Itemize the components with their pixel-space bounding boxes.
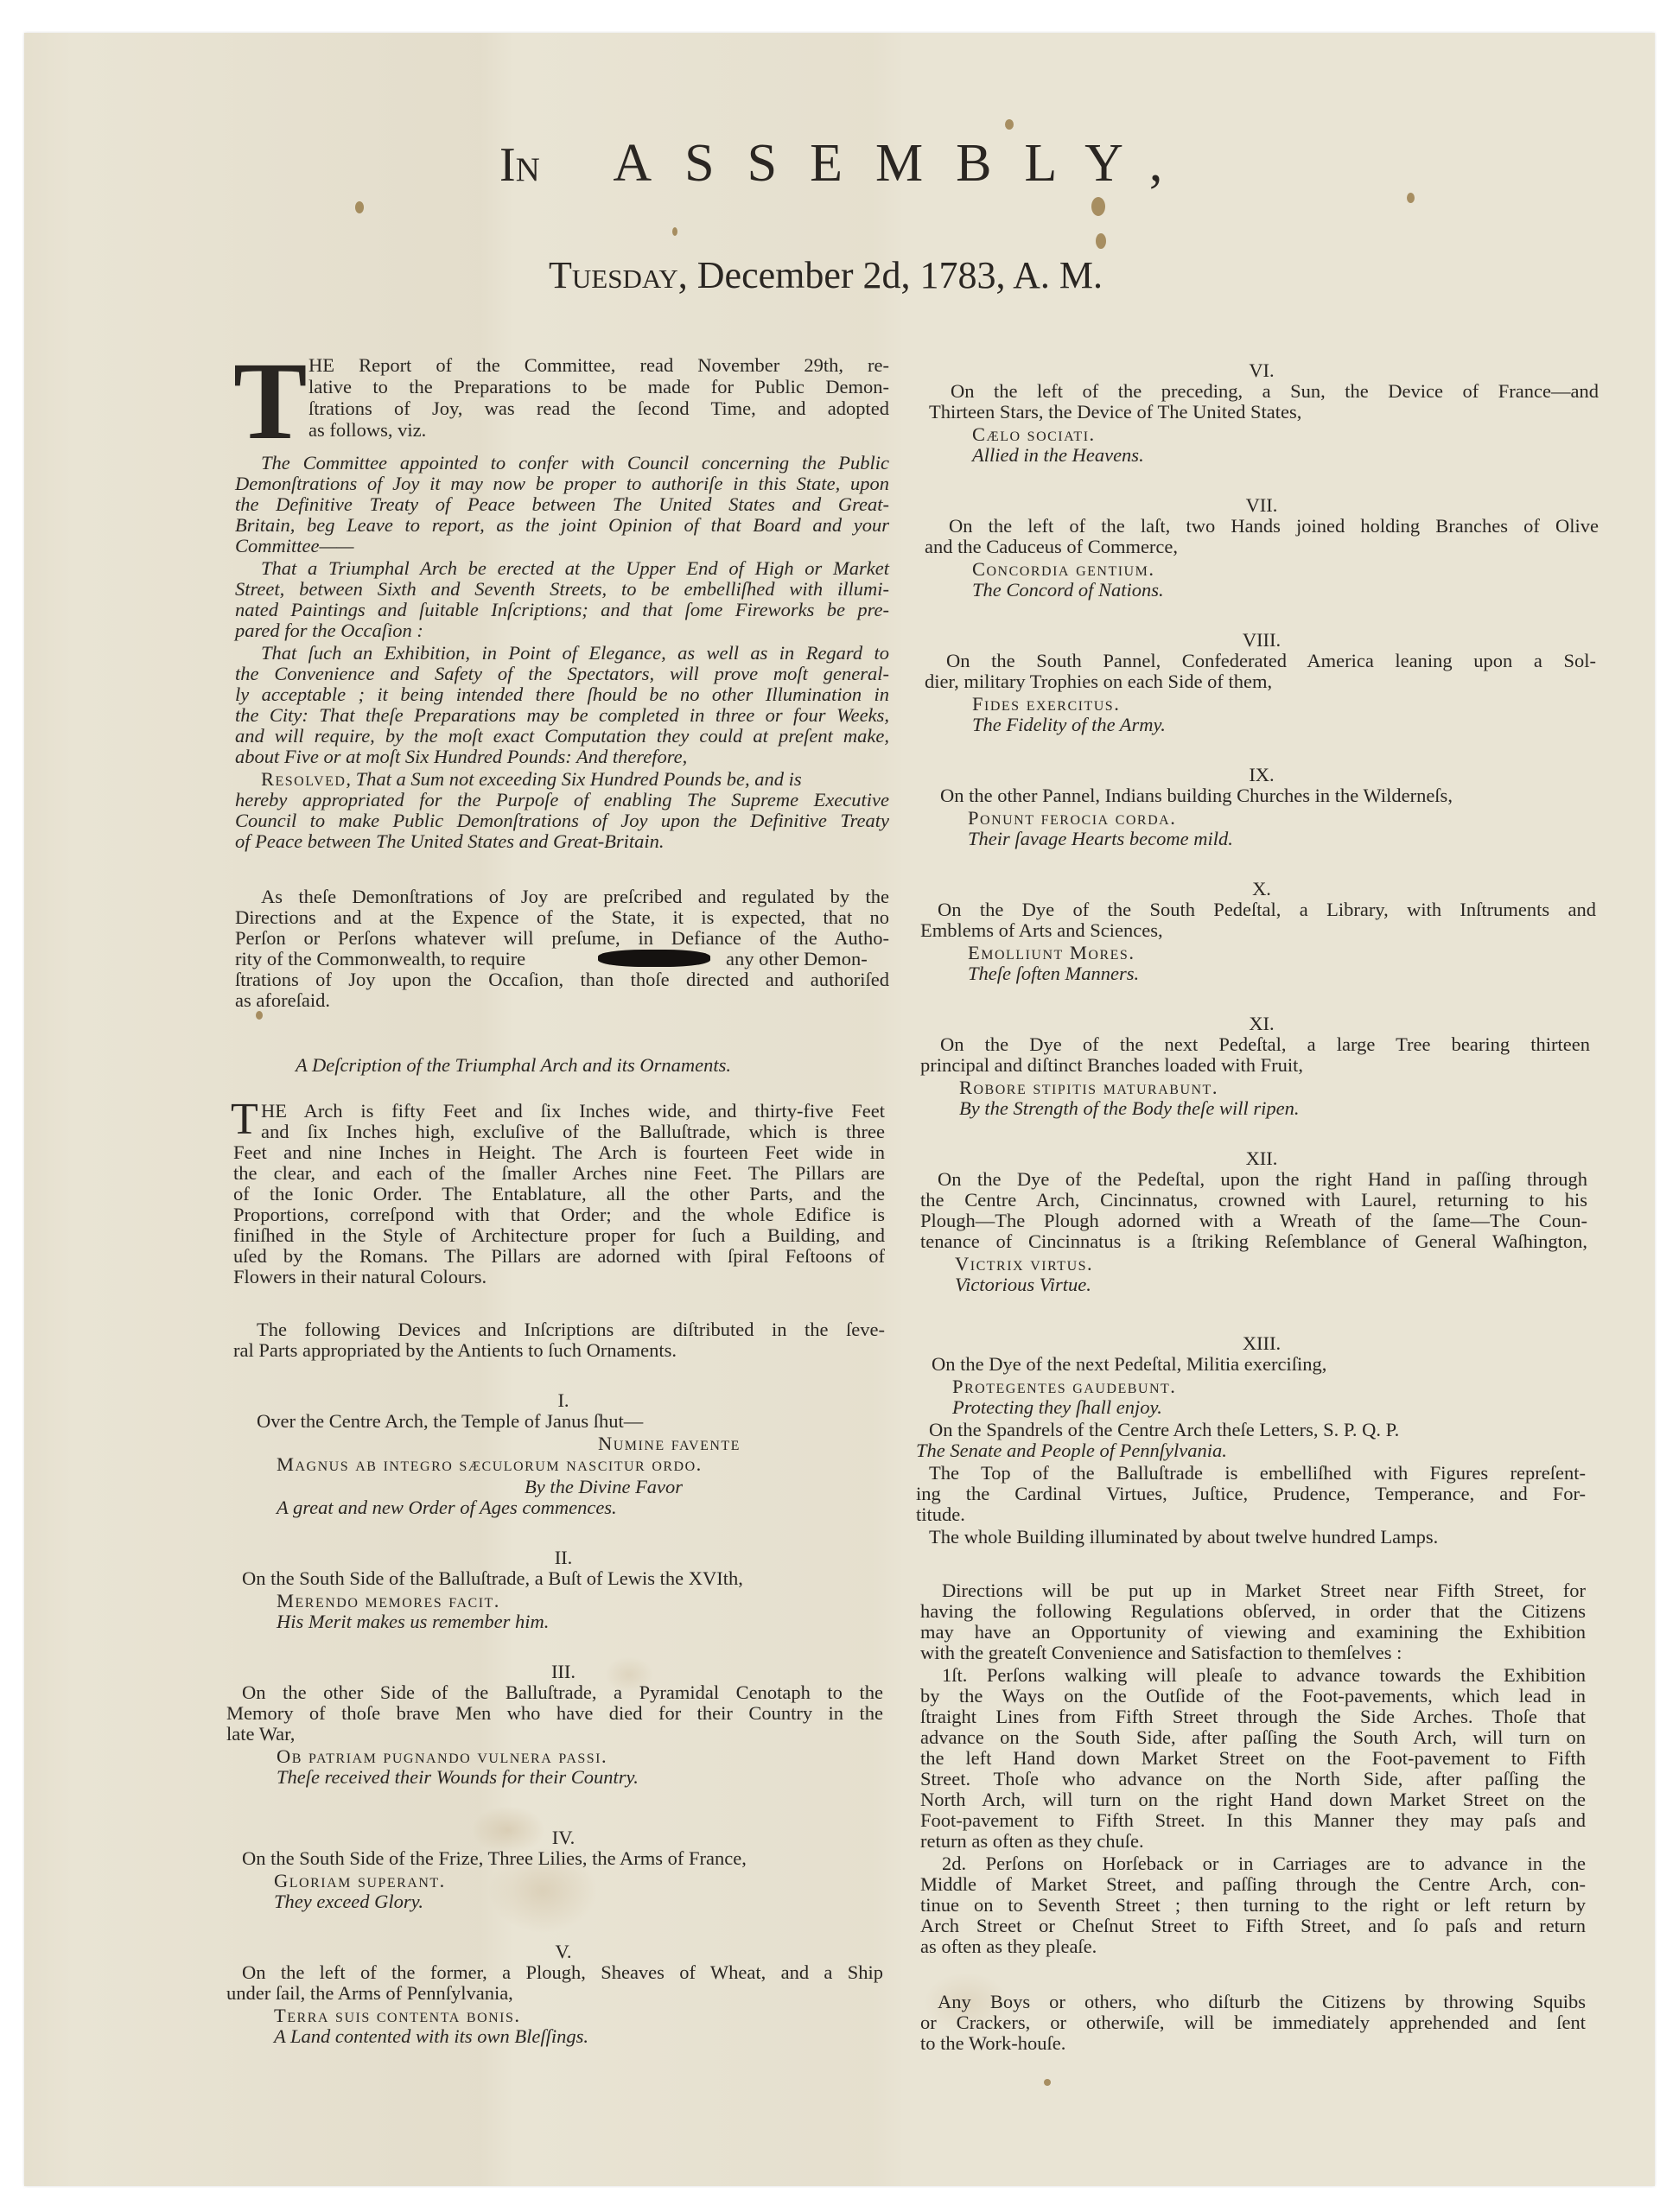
section-latin: Concordia gentium. (972, 560, 1154, 580)
section-desc: On the Dye of the Pedeſtal, upon the rig… (938, 1170, 1587, 1190)
intro-line: as follows, viz. (308, 421, 426, 441)
committee-line: ly acceptable ; it being intended there … (235, 685, 889, 705)
title-main: ASSEMBLY, (613, 134, 1195, 193)
committee-line: about Five or at moſt Six Hundred Pounds… (235, 747, 687, 767)
joy-line: Directions and at the Expence of the Sta… (235, 908, 889, 928)
joy-line: rity of the Commonwealth, to require (235, 950, 525, 969)
boys-line: to the Work-houſe. (920, 2034, 1065, 2054)
committee-line: That ſuch an Exhibition, in Point of Ele… (261, 644, 889, 664)
ballustrade-line: The Top of the Balluſtrade is embelliſhe… (929, 1464, 1586, 1484)
committee-line: the City: That theſe Preparations may be… (235, 706, 889, 726)
boys-line: or Crackers, or otherwiſe, will be immed… (920, 2013, 1586, 2033)
description-heading: A Deſcription of the Triumphal Arch and … (296, 1056, 731, 1076)
committee-line: nated Paintings and ſuitable Inſcription… (235, 601, 889, 620)
directions-line: may have an Opportunity of viewing and e… (920, 1623, 1586, 1643)
section-english: The Concord of Nations. (972, 581, 1164, 601)
first-rule-line: North Arch, will turn on the right Hand … (920, 1790, 1586, 1810)
section-desc: On the Dye of the next Pedeſtal, Militia… (932, 1355, 1326, 1375)
ink-blot (598, 950, 710, 967)
left-column: T HE Report of the Committee, read Novem… (226, 346, 900, 2074)
first-rule-line: the left Hand down Market Street on the … (920, 1749, 1586, 1769)
resolved-text: , That a Sum not exceeding Six Hundred P… (346, 768, 801, 790)
committee-line: Committee—— (235, 537, 354, 556)
arch-line: uſed by the Romans. The Pillars are ador… (233, 1247, 885, 1267)
section-english: By the Strength of the Body theſe will r… (959, 1099, 1299, 1119)
section-desc: On the South Side of the Frize, Three Li… (242, 1849, 747, 1869)
committee-line: and will require, by the moſt exact Comp… (235, 727, 889, 747)
section-english: A great and new Order of Ages commences. (277, 1498, 617, 1518)
first-rule-line: Street. Thoſe who advance on the North S… (920, 1770, 1586, 1789)
resolved-line: Council to make Public Demonſtrations of… (235, 811, 889, 831)
directions-line: Directions will be put up in Market Stre… (942, 1581, 1586, 1601)
arch-line: the clear, and each of the ſmaller Arche… (233, 1164, 885, 1184)
arch-line: finiſhed in the Style of Architecture pr… (233, 1226, 885, 1246)
section-latin: Numine favente (598, 1434, 741, 1454)
section-latin: Cælo sociati. (972, 425, 1096, 445)
section-numeral: II. (226, 1548, 900, 1568)
resolved-line: of Peace between The United States and G… (235, 832, 665, 852)
first-rule-line: 1ſt. Perſons walking will pleaſe to adva… (942, 1666, 1586, 1686)
section-desc: the Centre Arch, Cincinnatus, crowned wi… (920, 1191, 1587, 1211)
first-rule-line: by the Ways on the Outſide of the Foot-p… (920, 1687, 1586, 1707)
second-rule-line: as often as they pleaſe. (920, 1937, 1097, 1957)
section-numeral: VIII. (916, 631, 1607, 651)
section-english: His Merit makes us remember him. (277, 1612, 549, 1632)
section-desc: On the Dye of the South Pedeſtal, a Libr… (938, 900, 1596, 920)
foxing-spot (1044, 2079, 1051, 2086)
arch-line: and ſix Inches high, excluſive of the Ba… (261, 1122, 885, 1142)
spandrels-line: On the Spandrels of the Centre Arch theſ… (929, 1421, 1399, 1440)
committee-line: Britain, beg Leave to report, as the joi… (235, 516, 889, 536)
section-desc: and the Caduceus of Commerce, (925, 537, 1178, 557)
section-desc: tenance of Cincinnatus is a ſtriking Reſ… (920, 1232, 1587, 1252)
title-prefix: In (499, 138, 540, 192)
joy-line: as aforeſaid. (235, 991, 330, 1011)
section-latin: Magnus ab integro sæculorum nascitur ord… (277, 1455, 703, 1475)
section-desc: Emblems of Arts and Sciences, (920, 921, 1163, 941)
committee-line: the Definitive Treaty of Peace between T… (235, 495, 889, 515)
directions-line: having the following Regulations obſerve… (920, 1602, 1586, 1622)
second-rule-line: tinue on to Seventh Street ; then turnin… (920, 1896, 1586, 1916)
section-desc: Over the Centre Arch, the Temple of Janu… (257, 1412, 643, 1432)
ballustrade-line: ing the Cardinal Virtues, Juſtice, Prude… (916, 1484, 1586, 1504)
section-numeral: VII. (916, 496, 1607, 516)
date-day: Tuesday (549, 254, 678, 296)
section-latin: Terra suis contenta bonis. (274, 2006, 521, 2026)
arch-line: Proportions, correſpond with that Order;… (233, 1205, 885, 1225)
section-desc: On the left of the former, a Plough, She… (242, 1963, 883, 1983)
drop-cap: T (231, 1097, 258, 1142)
right-column: VI. On the left of the preceding, a Sun,… (916, 346, 1607, 2074)
foxing-spot (1407, 193, 1415, 203)
foxing-spot (1096, 233, 1106, 249)
section-numeral: IV. (226, 1828, 900, 1848)
committee-line: The Committee appointed to confer with C… (261, 454, 889, 474)
committee-line: Demonſtrations of Joy it may now be prop… (235, 474, 889, 494)
section-latin: Gloriam superant. (274, 1872, 446, 1891)
foxing-spot (355, 201, 364, 213)
section-english: They exceed Glory. (274, 1892, 423, 1912)
joy-line: ſtrations of Joy upon the Occaſion, than… (235, 970, 889, 990)
section-latin: Protegentes gaudebunt. (952, 1377, 1176, 1397)
committee-line: pared for the Occaſion : (235, 621, 423, 641)
first-rule-line: ſtraight Lines from Fifth Street through… (920, 1707, 1586, 1727)
intro-line: lative to the Preparations to be made fo… (308, 378, 889, 397)
section-numeral: I. (226, 1391, 900, 1411)
section-latin: Merendo memores facit. (277, 1592, 500, 1611)
directions-line: with the greateſt Convenience and Satisf… (920, 1643, 1402, 1663)
committee-line: Street, between Sixth and Seventh Street… (235, 580, 889, 600)
second-rule-line: Arch Street or Cheſnut Street to Fifth S… (920, 1916, 1586, 1936)
section-desc: Thirteen Stars, the Device of The United… (929, 403, 1301, 423)
section-numeral: XIII. (916, 1334, 1607, 1354)
section-numeral: III. (226, 1662, 900, 1682)
section-desc: On the left of the laſt, two Hands joine… (949, 517, 1599, 537)
section-latin: Ob patriam pugnando vulnera passi. (277, 1747, 607, 1767)
drop-cap: T (233, 346, 307, 456)
committee-line: the Convenience and Safety of the Specta… (235, 664, 889, 684)
foxing-spot (1091, 197, 1105, 216)
section-english: A Land contented with its own Bleſſings. (274, 2027, 588, 2047)
section-desc: late War, (226, 1725, 295, 1745)
first-rule-line: return as often as they chuſe. (920, 1832, 1144, 1852)
spandrels-line: The Senate and People of Pennſylvania. (916, 1441, 1227, 1461)
section-english: The Fidelity of the Army. (972, 715, 1166, 735)
boys-line: Any Boys or others, who diſturb the Citi… (938, 1993, 1586, 2012)
section-latin: Victrix virtus. (955, 1255, 1093, 1274)
section-english: Victorious Virtue. (955, 1275, 1091, 1295)
resolved-label: Resolved (261, 768, 346, 790)
section-numeral: XII. (916, 1149, 1607, 1169)
first-rule-line: advance on the South Side, after paſſing… (920, 1728, 1586, 1748)
devices-line: ral Parts appropriated by the Antients t… (233, 1341, 677, 1361)
section-numeral: IX. (916, 766, 1607, 785)
arch-line: of the Ionic Order. The Entablature, all… (233, 1185, 885, 1205)
arch-line: Feet and nine Inches in Height. The Arch… (233, 1143, 885, 1163)
section-latin: Ponunt ferocia corda. (968, 809, 1176, 829)
section-desc: On the Dye of the next Pedeſtal, a large… (940, 1035, 1590, 1055)
section-english: Their ſavage Hearts become mild. (968, 829, 1233, 849)
committee-line: That a Triumphal Arch be erected at the … (261, 559, 889, 579)
section-desc: On the South Pannel, Confederated Americ… (946, 652, 1596, 671)
section-desc: On the South Side of the Balluſtrade, a … (242, 1569, 743, 1589)
section-desc: On the left of the preceding, a Sun, the… (951, 382, 1599, 402)
section-desc: dier, military Trophies on each Side of … (925, 672, 1272, 692)
resolved-line: Resolved, That a Sum not exceeding Six H… (261, 770, 889, 790)
section-desc: On the other Pannel, Indians building Ch… (940, 786, 1453, 806)
section-desc: principal and diſtinct Branches loaded w… (920, 1056, 1303, 1076)
ballustrade-line: titude. (916, 1505, 965, 1525)
intro-line: HE Report of the Committee, read Novembe… (308, 356, 889, 376)
section-english: Allied in the Heavens. (972, 446, 1144, 466)
joy-line: any other Demon- (726, 950, 868, 969)
second-rule-line: Middle of Market Street, and paſſing thr… (920, 1875, 1586, 1895)
foxing-spot (672, 227, 677, 236)
section-desc: under ſail, the Arms of Pennſylvania, (226, 1984, 513, 2004)
section-numeral: VI. (916, 361, 1607, 381)
date-line: Tuesday, December 2d, 1783, A. M. (549, 257, 1103, 295)
section-desc: On the other Side of the Balluſtrade, a … (242, 1683, 883, 1703)
foxing-spot (1005, 119, 1014, 130)
section-latin: Robore stipitis maturabunt. (959, 1078, 1218, 1098)
section-english: Protecting they ſhall enjoy. (952, 1398, 1162, 1418)
intro-line: ſtrations of Joy, was read the ſecond Ti… (308, 399, 889, 419)
section-desc: Memory of thoſe brave Men who have died … (226, 1704, 883, 1724)
arch-line: HE Arch is fifty Feet and ſix Inches wid… (261, 1102, 885, 1122)
section-numeral: X. (916, 880, 1607, 899)
section-english: Theſe ſoften Manners. (968, 964, 1139, 984)
date-rest: , December 2d, 1783, A. M. (678, 254, 1103, 296)
section-numeral: V. (226, 1942, 900, 1962)
first-rule-line: Foot-pavement to Fifth Street. In this M… (920, 1811, 1586, 1831)
joy-line: As theſe Demonſtrations of Joy are preſc… (261, 887, 889, 907)
arch-line: Flowers in their natural Colours. (233, 1268, 487, 1287)
resolved-line: hereby appropriated for the Purpoſe of e… (235, 791, 889, 810)
section-desc: Plough—The Plough adorned with a Wreath … (920, 1211, 1587, 1231)
section-latin: Emolliunt Mores. (968, 944, 1135, 963)
section-english: By the Divine Favor (525, 1478, 683, 1497)
devices-line: The following Devices and Inſcriptions a… (257, 1320, 885, 1340)
joy-line: Perſon or Perſons whatever will preſume,… (235, 929, 889, 949)
lamps-line: The whole Building illuminated by about … (929, 1528, 1438, 1548)
title: In ASSEMBLY, (499, 137, 1195, 190)
second-rule-line: 2d. Perſons on Horſeback or in Carriages… (942, 1854, 1586, 1874)
section-numeral: XI. (916, 1014, 1607, 1034)
section-latin: Fides exercitus. (972, 695, 1120, 715)
section-english: Theſe received their Wounds for their Co… (277, 1768, 639, 1788)
